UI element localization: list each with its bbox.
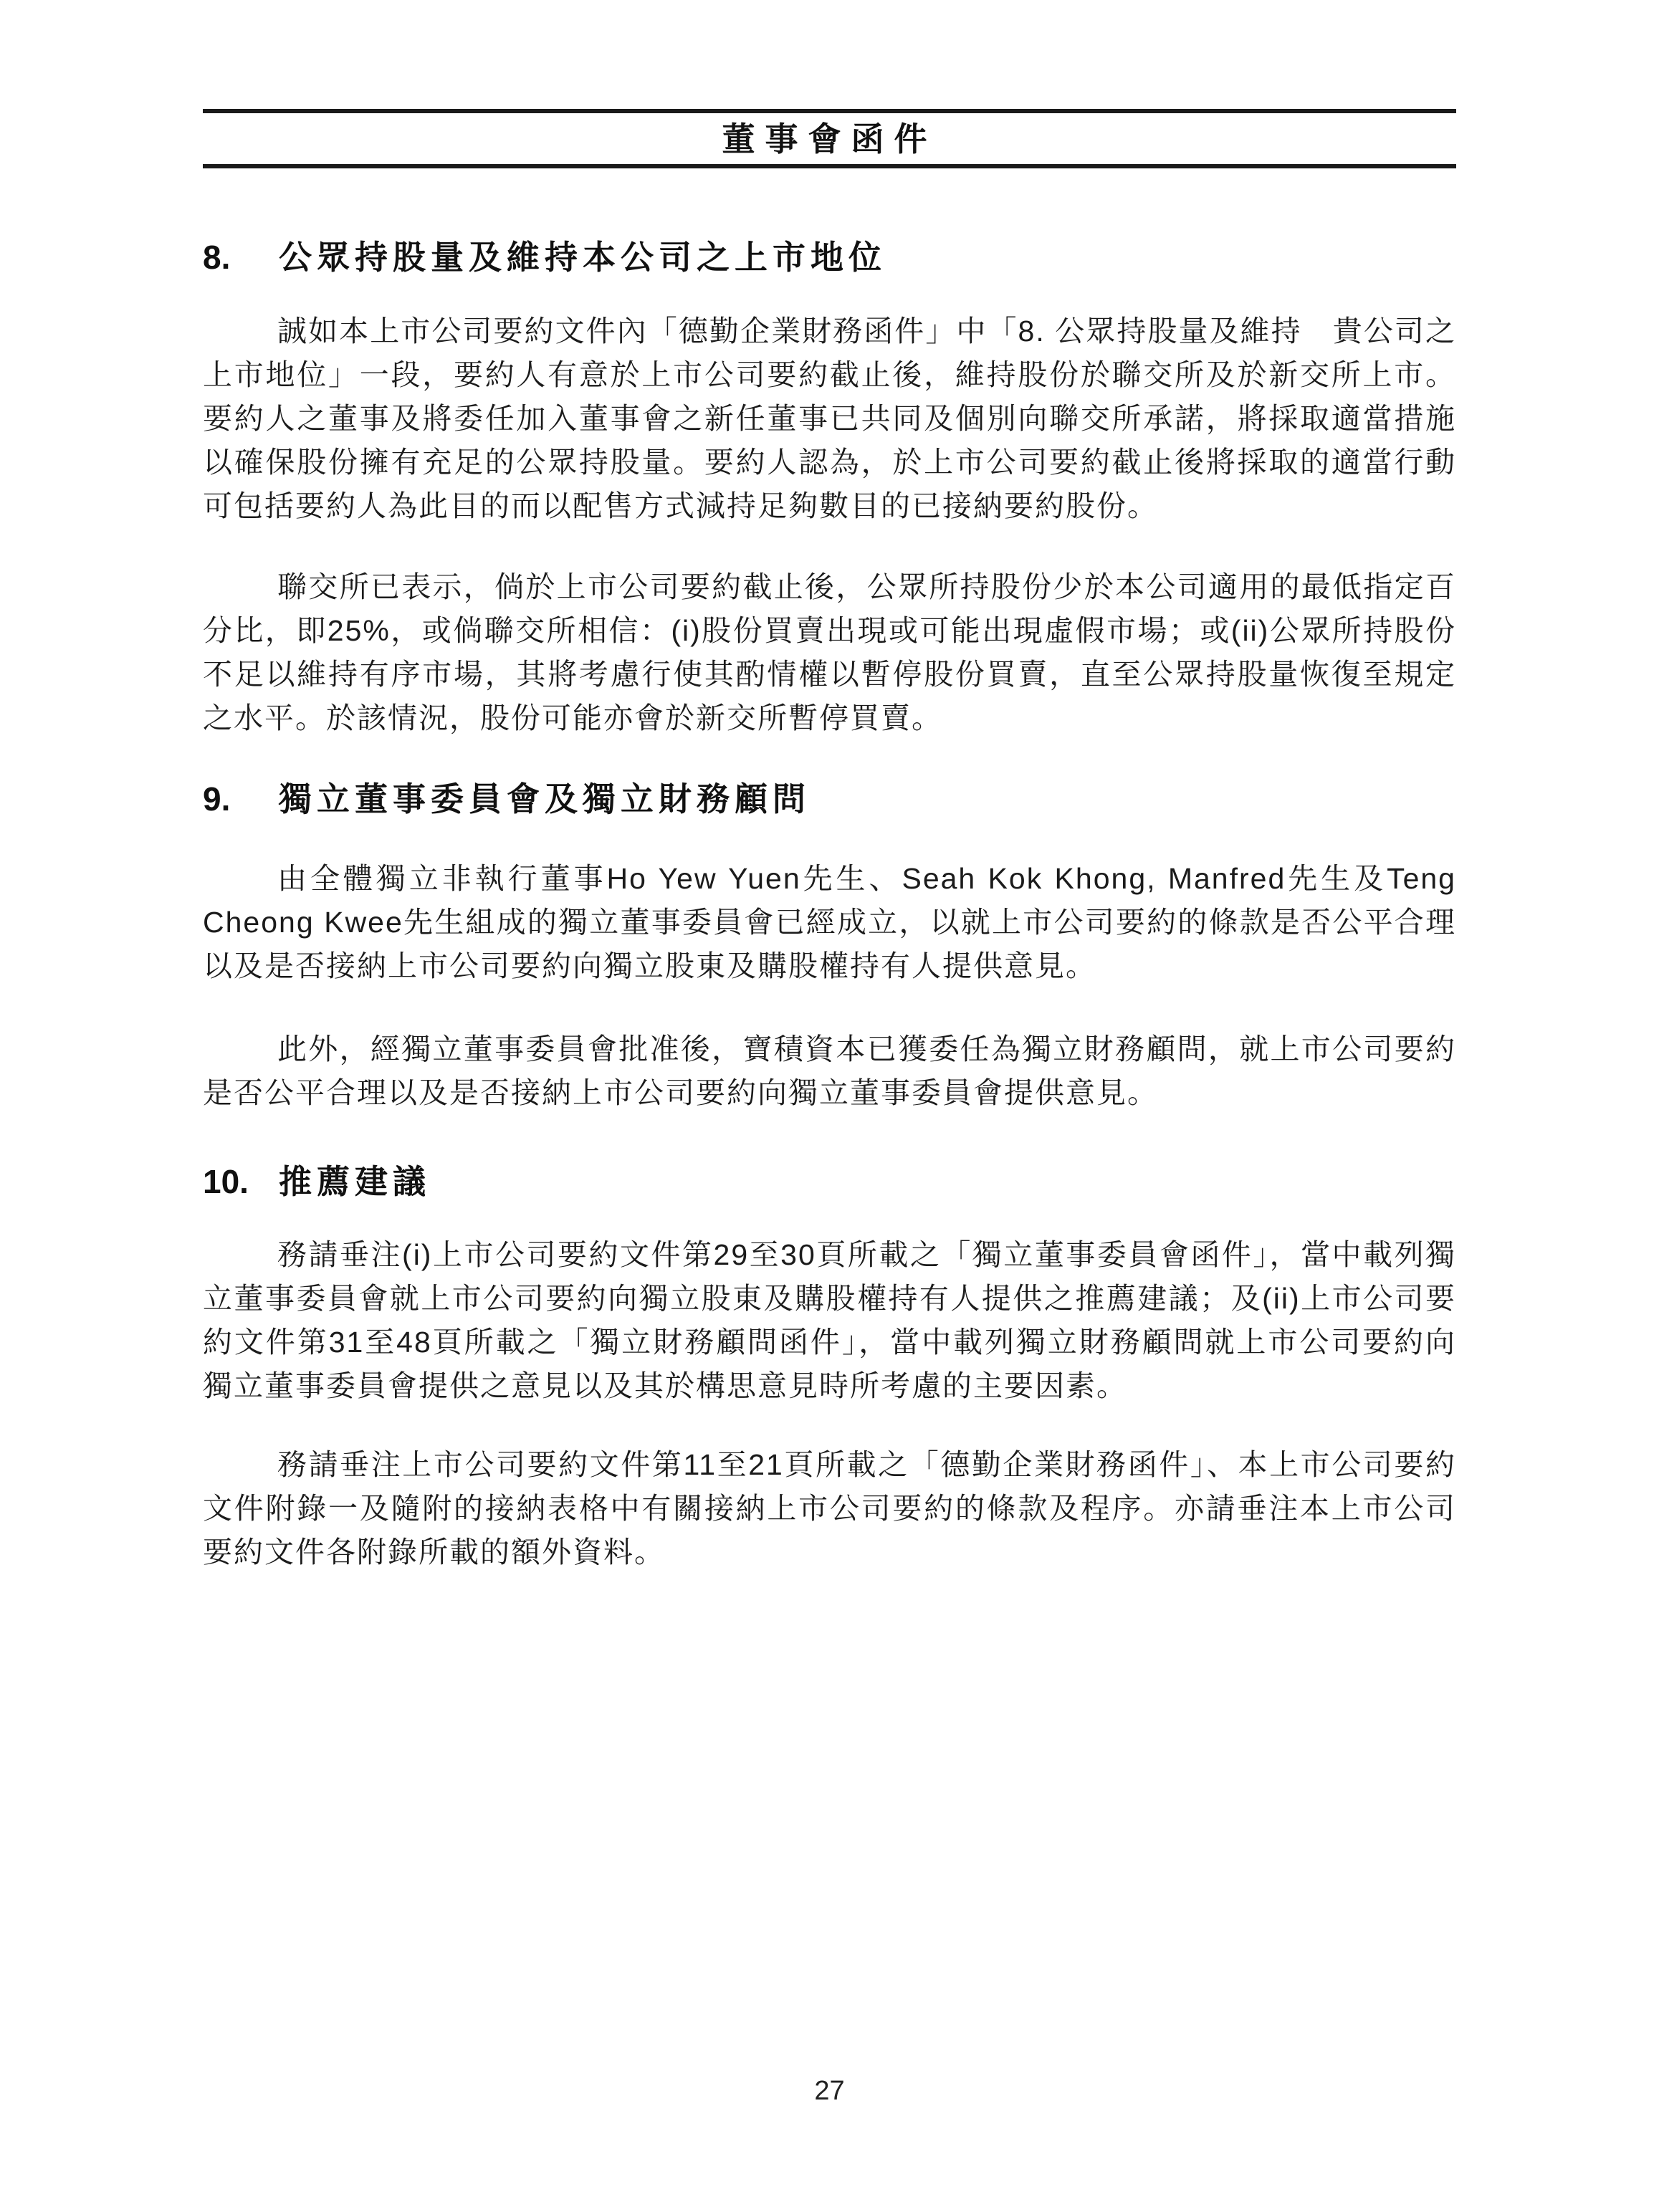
section-10-heading: 10. 推薦建議 [203, 1161, 1456, 1202]
section-8-title: 公眾持股量及維持本公司之上市地位 [279, 236, 886, 278]
section-8-heading: 8. 公眾持股量及維持本公司之上市地位 [203, 236, 1456, 278]
section-10-paragraph-2: 務請垂注上市公司要約文件第11至21頁所載之「德勤企業財務函件」、本上市公司要約… [203, 1443, 1456, 1574]
header-rule-top [203, 109, 1456, 113]
section-9-paragraph-2: 此外，經獨立董事委員會批准後，寶積資本已獲委任為獨立財務顧問，就上市公司要約是否… [203, 1028, 1456, 1115]
header-rule-bottom [203, 164, 1456, 168]
page-number: 27 [0, 2075, 1659, 2107]
section-10-title: 推薦建議 [279, 1161, 431, 1202]
section-9-heading: 9. 獨立董事委員會及獨立財務顧問 [203, 778, 1456, 820]
section-10-number: 10. [203, 1161, 279, 1202]
section-10-paragraph-1: 務請垂注(i)上市公司要約文件第29至30頁所載之「獨立董事委員會函件」，當中載… [203, 1233, 1456, 1408]
section-8-number: 8. [203, 236, 279, 278]
section-8-paragraph-1: 誠如本上市公司要約文件內「德勤企業財務函件」中「8. 公眾持股量及維持 貴公司之… [203, 310, 1456, 528]
page-header-title: 董事會函件 [203, 119, 1456, 159]
section-9-number: 9. [203, 778, 279, 820]
section-8-paragraph-2: 聯交所已表示，倘於上市公司要約截止後，公眾所持股份少於本公司適用的最低指定百分比… [203, 565, 1456, 740]
section-9-title: 獨立董事委員會及獨立財務顧問 [279, 778, 811, 820]
document-page: 董事會函件 8. 公眾持股量及維持本公司之上市地位 誠如本上市公司要約文件內「德… [0, 0, 1659, 2212]
section-9-paragraph-1: 由全體獨立非執行董事Ho Yew Yuen先生、Seah Kok Khong, … [203, 857, 1456, 988]
